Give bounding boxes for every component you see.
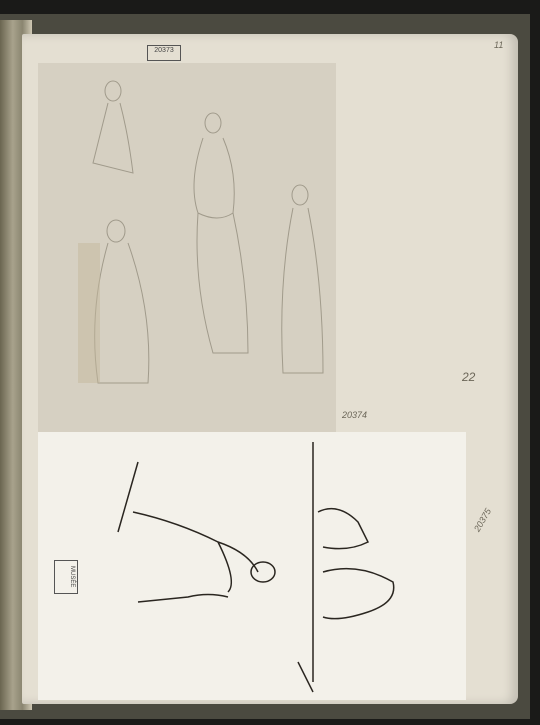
inventory-stamp-top: 20373 [147, 45, 181, 61]
pencil-figures-sketch [38, 63, 336, 433]
bottom-sketch-sheet [38, 432, 466, 700]
ink-figures-sketch [38, 432, 466, 700]
collection-stamp-left: MUSÉE [54, 560, 78, 594]
between-sheets-annotation: 20374 [342, 410, 367, 420]
margin-annotation: 22 [462, 370, 475, 384]
page-number: 11 [494, 40, 503, 50]
top-sketch-sheet [38, 63, 336, 433]
